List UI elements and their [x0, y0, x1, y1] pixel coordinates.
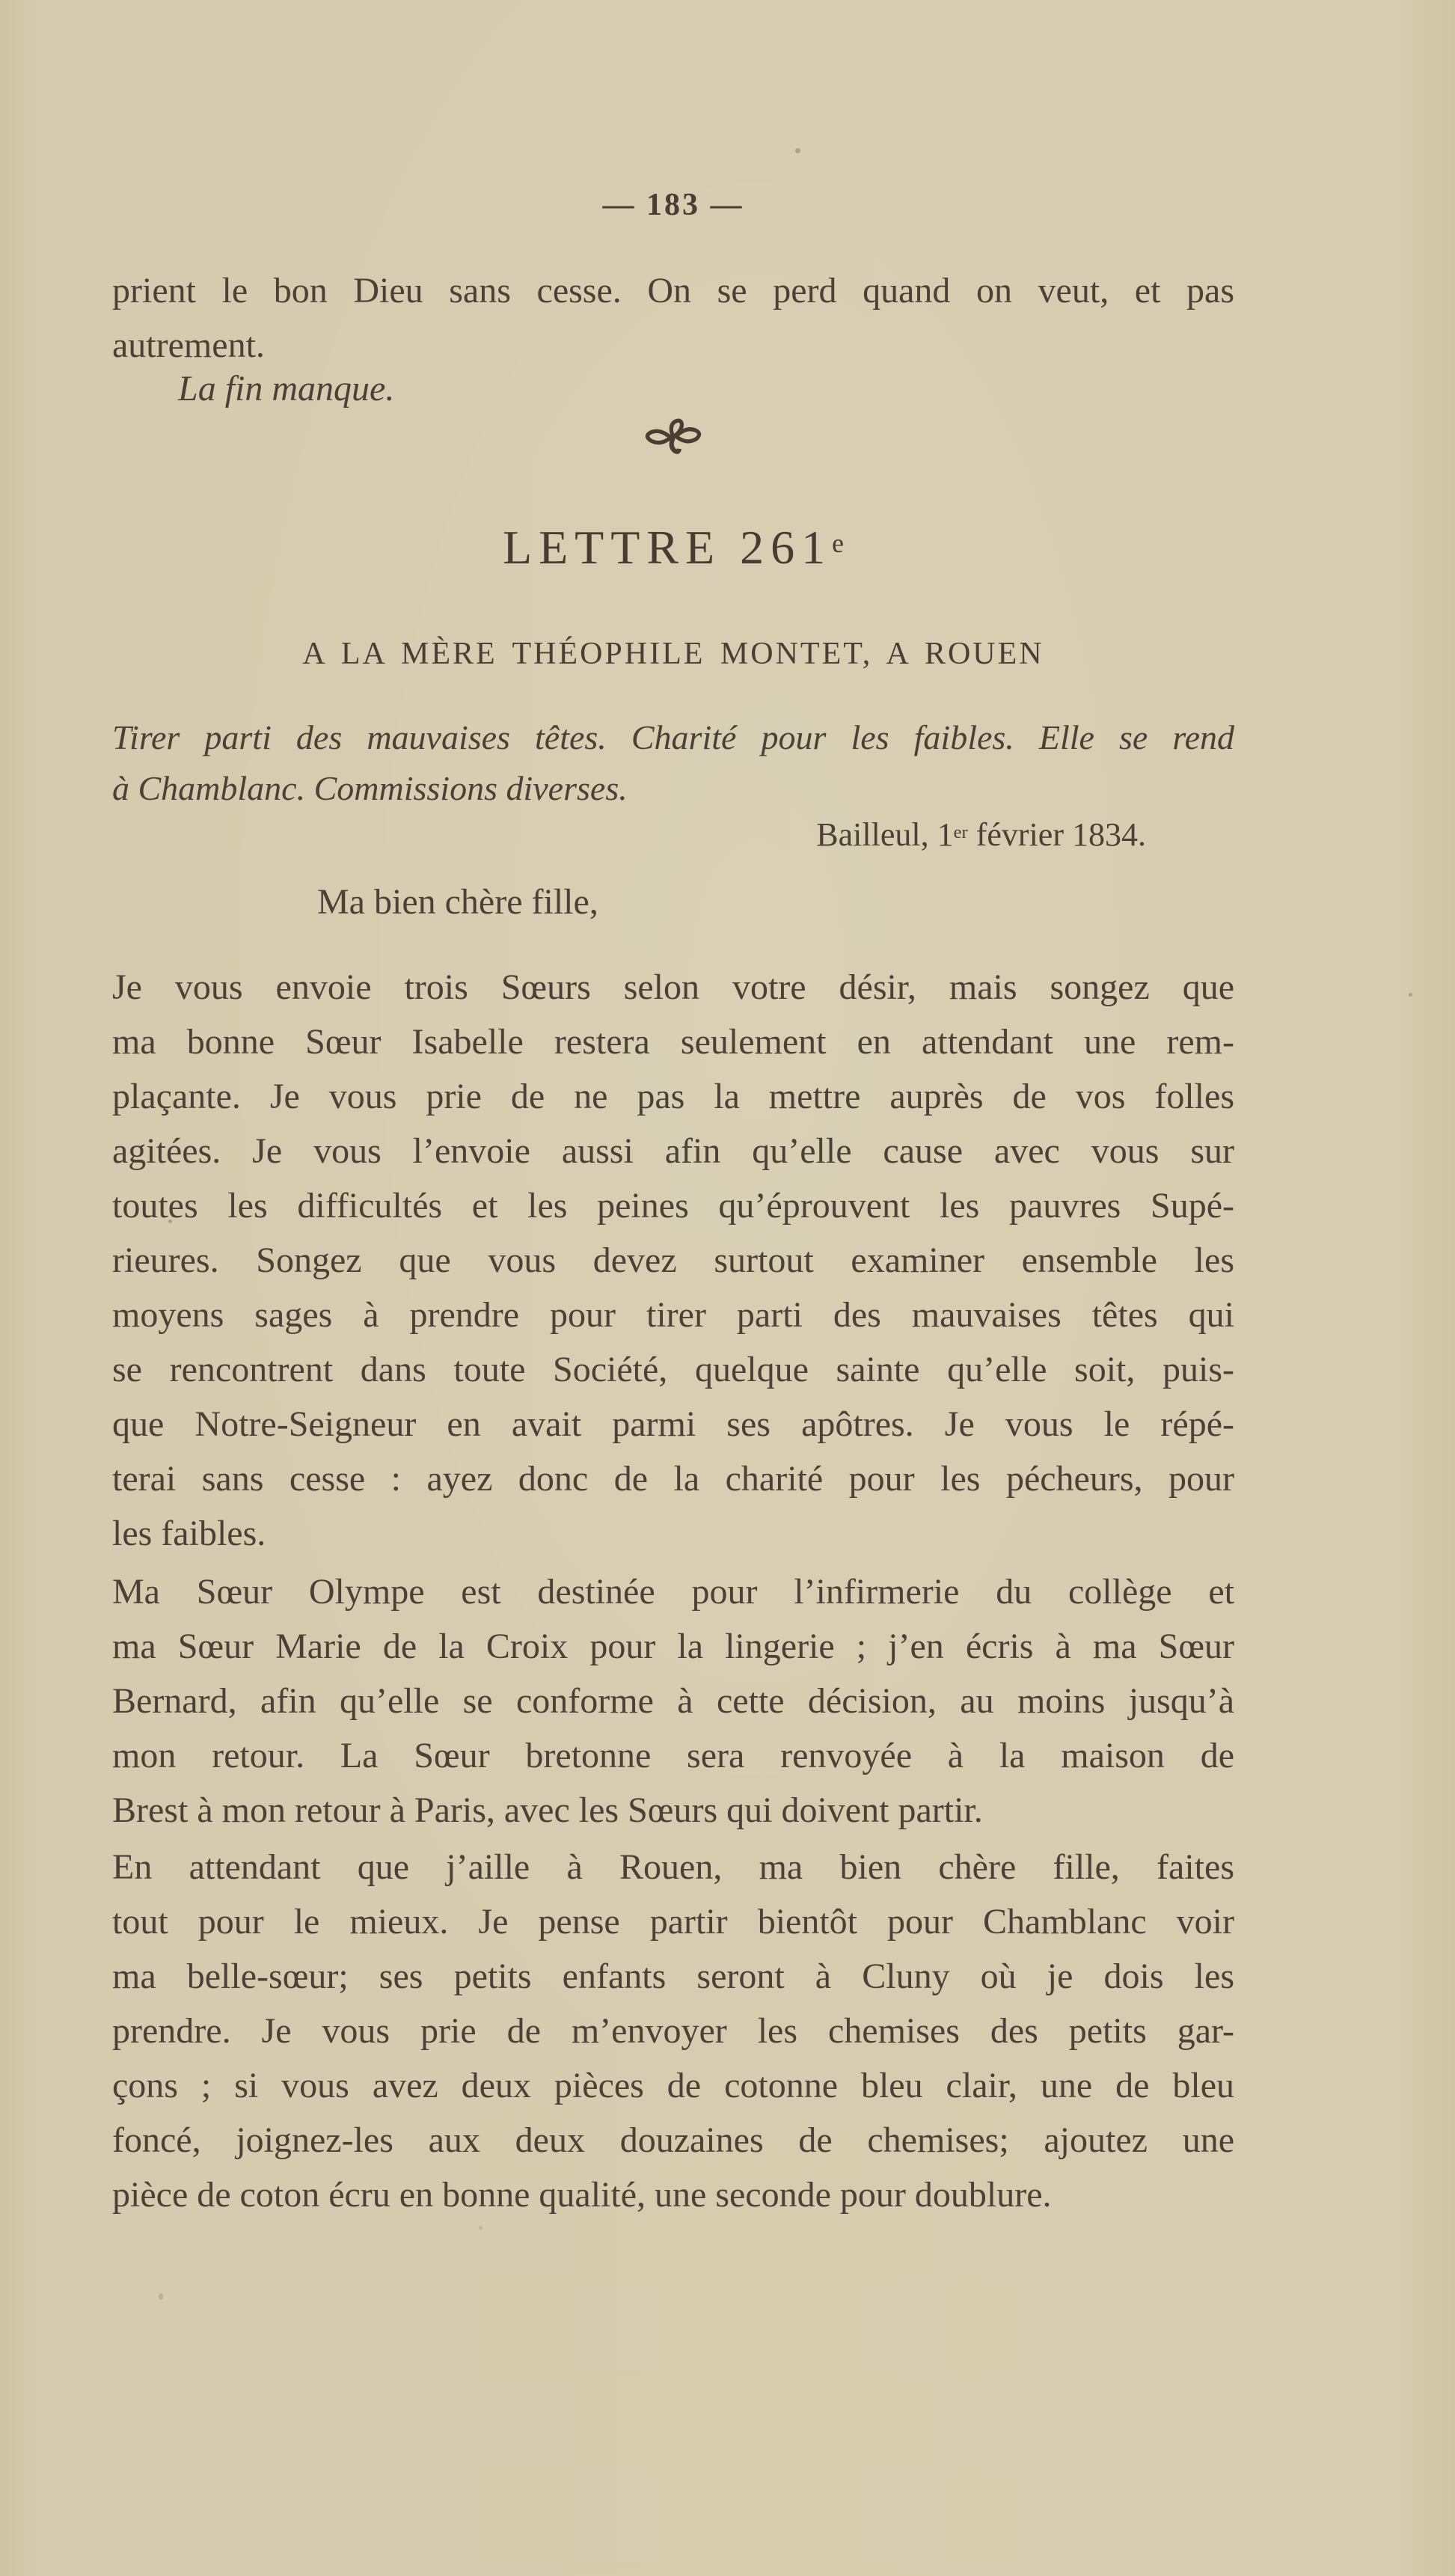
- body-paragraph: Je vous envoie trois Sœurs selon votre d…: [112, 960, 1234, 1561]
- text-line: ma bonne Sœur Isabelle restera seulement…: [112, 1015, 1234, 1069]
- text-line: Brest à mon retour à Paris, avec les Sœu…: [112, 1783, 1234, 1838]
- text-line: pièce de coton écru en bonne qualité, un…: [112, 2167, 1234, 2222]
- scanned-book-page: — 183 — prient le bon Dieu sans cesse. O…: [0, 0, 1455, 2576]
- intro-paragraph: prient le bon Dieu sans cesse. On se per…: [112, 263, 1234, 373]
- text-line: ma belle-sœur; ses petits enfants seront…: [112, 1949, 1234, 2004]
- dateline-date: février 1834.: [968, 816, 1146, 853]
- text-line: toutes les difficultés et les peines qu’…: [112, 1178, 1234, 1233]
- text-line: les faibles.: [112, 1506, 1234, 1561]
- text-line: à Chamblanc. Commissions diverses.: [112, 763, 1234, 814]
- text-line: prendre. Je vous prie de m’envoyer les c…: [112, 2004, 1234, 2058]
- salutation: Ma bien chère fille,: [112, 881, 1439, 923]
- letter-number-sup: e: [832, 528, 844, 558]
- text-line: ma Sœur Marie de la Croix pour la linger…: [112, 1619, 1234, 1674]
- text-line: que Notre-Seigneur en avait parmi ses ap…: [112, 1397, 1234, 1451]
- letter-title-text: LETTRE 261: [503, 521, 832, 574]
- text-line: autrement.: [112, 318, 1234, 373]
- section-divider: [112, 413, 1234, 461]
- text-line: tout pour le mieux. Je pense partir bien…: [112, 1894, 1234, 1949]
- fleuron-ornament-icon: [640, 413, 706, 461]
- text-line: plaçante. Je vous prie de ne pas la mett…: [112, 1069, 1234, 1124]
- letter-title: LETTRE 261e: [112, 520, 1234, 575]
- text-line: Je vous envoie trois Sœurs selon votre d…: [112, 960, 1234, 1015]
- paper-speck: [159, 2293, 163, 2300]
- text-line: terai sans cesse : ayez donc de la chari…: [112, 1451, 1234, 1506]
- paper-speck: [795, 148, 800, 153]
- letter-summary: Tirer parti des mauvaises têtes. Charité…: [112, 712, 1234, 814]
- fin-manque-note: La fin manque.: [112, 368, 1300, 409]
- body-paragraph: En attendant que j’aille à Rouen, ma bie…: [112, 1840, 1234, 2222]
- text-line: prient le bon Dieu sans cesse. On se per…: [112, 263, 1234, 318]
- dateline-ordinal-sup: er: [954, 822, 968, 842]
- addressee-heading: A LA MÈRE THÉOPHILE MONTET, A ROUEN: [112, 636, 1234, 672]
- paper-speck: [479, 2226, 483, 2230]
- page-number: — 183 —: [112, 187, 1234, 223]
- paper-speck: [168, 1220, 172, 1223]
- text-line: Tirer parti des mauvaises têtes. Charité…: [112, 712, 1234, 763]
- text-line: Bernard, afin qu’elle se conforme à cett…: [112, 1674, 1234, 1728]
- paper-speck: [1409, 993, 1412, 997]
- text-line: çons ; si vous avez deux pièces de coton…: [112, 2058, 1234, 2113]
- dateline-place: Bailleul, 1: [816, 816, 953, 853]
- text-line: mon retour. La Sœur bretonne sera renvoy…: [112, 1728, 1234, 1783]
- body-paragraph: Ma Sœur Olympe est destinée pour l’infir…: [112, 1564, 1234, 1838]
- text-line: Ma Sœur Olympe est destinée pour l’infir…: [112, 1564, 1234, 1619]
- text-line: se rencontrent dans toute Société, quelq…: [112, 1342, 1234, 1397]
- text-line: rieures. Songez que vous devez surtout e…: [112, 1233, 1234, 1288]
- text-line: En attendant que j’aille à Rouen, ma bie…: [112, 1840, 1234, 1894]
- text-line: agitées. Je vous l’envoie aussi afin qu’…: [112, 1124, 1234, 1178]
- text-line: moyens sages à prendre pour tirer parti …: [112, 1288, 1234, 1342]
- dateline: Bailleul, 1er février 1834.: [112, 816, 1234, 854]
- text-line: foncé, joignez-les aux deux douzaines de…: [112, 2113, 1234, 2167]
